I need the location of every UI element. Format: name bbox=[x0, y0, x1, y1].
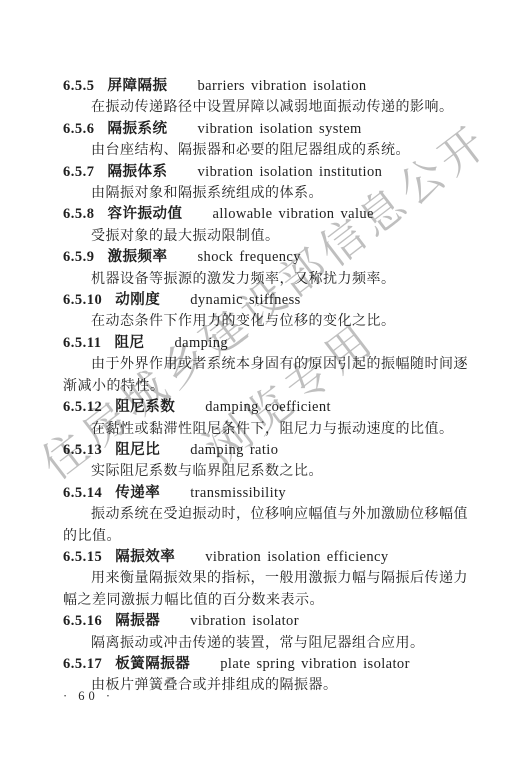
term-english: shock frequency bbox=[198, 249, 301, 265]
term-number: 6.5.13 bbox=[63, 442, 102, 458]
term-number: 6.5.16 bbox=[63, 613, 102, 629]
term-chinese: 容许振动值 bbox=[108, 206, 183, 222]
term-chinese: 激振频率 bbox=[108, 249, 168, 265]
term-english: damping ratio bbox=[190, 442, 278, 458]
term-entry: 6.5.14传递率transmissibility 振动系统在受迫振动时，位移响… bbox=[63, 483, 475, 547]
term-definition: 受振对象的最大振动限制值。 bbox=[63, 226, 475, 247]
term-english: dynamic stiffness bbox=[190, 292, 300, 308]
term-number: 6.5.5 bbox=[63, 78, 95, 94]
term-number: 6.5.12 bbox=[63, 399, 102, 415]
term-number: 6.5.9 bbox=[63, 249, 95, 265]
term-number: 6.5.14 bbox=[63, 485, 102, 501]
term-entry: 6.5.11阻尼damping 由于外界作用或者系统本身固有的原因引起的振幅随时… bbox=[63, 333, 475, 397]
term-english: damping coefficient bbox=[205, 399, 331, 415]
term-entry: 6.5.15隔振效率vibration isolation efficiency… bbox=[63, 547, 475, 611]
term-heading: 6.5.6隔振系统vibration isolation system bbox=[63, 119, 475, 140]
term-english: allowable vibration value bbox=[213, 206, 374, 222]
term-entry: 6.5.13阻尼比damping ratio 实际阻尼系数与临界阻尼系数之比。 bbox=[63, 440, 475, 483]
term-entry: 6.5.12阻尼系数damping coefficient 在黏性或黏滞性阻尼条… bbox=[63, 397, 475, 440]
term-english: vibration isolator bbox=[190, 613, 299, 629]
terms-section: 6.5.5屏障隔振barriers vibration isolation 在振… bbox=[63, 76, 475, 697]
term-definition: 实际阻尼系数与临界阻尼系数之比。 bbox=[63, 461, 475, 482]
term-chinese: 隔振器 bbox=[115, 613, 160, 629]
term-heading: 6.5.15隔振效率vibration isolation efficiency bbox=[63, 547, 475, 568]
term-chinese: 板簧隔振器 bbox=[115, 656, 190, 672]
term-heading: 6.5.8容许振动值allowable vibration value bbox=[63, 204, 475, 225]
term-heading: 6.5.5屏障隔振barriers vibration isolation bbox=[63, 76, 475, 97]
term-definition: 在动态条件下作用力的变化与位移的变化之比。 bbox=[63, 311, 475, 332]
term-chinese: 动刚度 bbox=[115, 292, 160, 308]
term-definition: 隔离振动或冲击传递的装置，常与阻尼器组合应用。 bbox=[63, 633, 475, 654]
term-number: 6.5.17 bbox=[63, 656, 102, 672]
term-heading: 6.5.13阻尼比damping ratio bbox=[63, 440, 475, 461]
term-english: vibration isolation institution bbox=[198, 164, 383, 180]
term-heading: 6.5.14传递率transmissibility bbox=[63, 483, 475, 504]
term-definition: 在黏性或黏滞性阻尼条件下，阻尼力与振动速度的比值。 bbox=[63, 419, 475, 440]
term-definition: 由台座结构、隔振器和必要的阻尼器组成的系统。 bbox=[63, 140, 475, 161]
term-entry: 6.5.16隔振器vibration isolator 隔离振动或冲击传递的装置… bbox=[63, 611, 475, 654]
term-english: vibration isolation system bbox=[198, 121, 362, 137]
term-number: 6.5.7 bbox=[63, 164, 95, 180]
term-chinese: 屏障隔振 bbox=[108, 78, 168, 94]
term-heading: 6.5.10动刚度dynamic stiffness bbox=[63, 290, 475, 311]
term-english: damping bbox=[174, 335, 228, 351]
term-entry: 6.5.17板簧隔振器plate spring vibration isolat… bbox=[63, 654, 475, 697]
term-chinese: 阻尼 bbox=[114, 335, 144, 351]
term-chinese: 阻尼比 bbox=[115, 442, 160, 458]
term-heading: 6.5.16隔振器vibration isolator bbox=[63, 611, 475, 632]
term-heading: 6.5.11阻尼damping bbox=[63, 333, 475, 354]
term-definition: 由于外界作用或者系统本身固有的原因引起的振幅随时间逐渐减小的特性。 bbox=[63, 354, 475, 397]
term-heading: 6.5.12阻尼系数damping coefficient bbox=[63, 397, 475, 418]
term-number: 6.5.11 bbox=[63, 335, 101, 351]
term-number: 6.5.10 bbox=[63, 292, 102, 308]
term-definition: 机器设备等振源的激发力频率，又称扰力频率。 bbox=[63, 269, 475, 290]
term-english: barriers vibration isolation bbox=[198, 78, 367, 94]
page-number: · 60 · bbox=[63, 689, 114, 704]
term-definition: 在振动传递路径中设置屏障以减弱地面振动传递的影响。 bbox=[63, 97, 475, 118]
term-entry: 6.5.5屏障隔振barriers vibration isolation 在振… bbox=[63, 76, 475, 119]
term-heading: 6.5.7隔振体系vibration isolation institution bbox=[63, 162, 475, 183]
term-entry: 6.5.6隔振系统vibration isolation system 由台座结… bbox=[63, 119, 475, 162]
term-chinese: 隔振效率 bbox=[115, 549, 175, 565]
term-heading: 6.5.9激振频率shock frequency bbox=[63, 247, 475, 268]
term-definition: 由板片弹簧叠合或并排组成的隔振器。 bbox=[63, 675, 475, 696]
term-english: transmissibility bbox=[190, 485, 286, 501]
term-english: vibration isolation efficiency bbox=[205, 549, 388, 565]
term-number: 6.5.15 bbox=[63, 549, 102, 565]
term-entry: 6.5.9激振频率shock frequency 机器设备等振源的激发力频率，又… bbox=[63, 247, 475, 290]
term-entry: 6.5.7隔振体系vibration isolation institution… bbox=[63, 162, 475, 205]
term-number: 6.5.6 bbox=[63, 121, 95, 137]
term-definition: 由隔振对象和隔振系统组成的体系。 bbox=[63, 183, 475, 204]
term-entry: 6.5.8容许振动值allowable vibration value 受振对象… bbox=[63, 204, 475, 247]
term-chinese: 隔振系统 bbox=[108, 121, 168, 137]
term-entry: 6.5.10动刚度dynamic stiffness 在动态条件下作用力的变化与… bbox=[63, 290, 475, 333]
term-chinese: 阻尼系数 bbox=[115, 399, 175, 415]
term-heading: 6.5.17板簧隔振器plate spring vibration isolat… bbox=[63, 654, 475, 675]
term-chinese: 隔振体系 bbox=[108, 164, 168, 180]
term-definition: 用来衡量隔振效果的指标，一般用激振力幅与隔振后传递力幅之差同激振力幅比值的百分数… bbox=[63, 568, 475, 611]
term-definition: 振动系统在受迫振动时，位移响应幅值与外加激励位移幅值的比值。 bbox=[63, 504, 475, 547]
term-chinese: 传递率 bbox=[115, 485, 160, 501]
term-number: 6.5.8 bbox=[63, 206, 95, 222]
document-page: 住房城乡建设部信息公开 浏览专用 6.5.5屏障隔振barriers vibra… bbox=[0, 0, 529, 768]
term-english: plate spring vibration isolator bbox=[220, 656, 410, 672]
